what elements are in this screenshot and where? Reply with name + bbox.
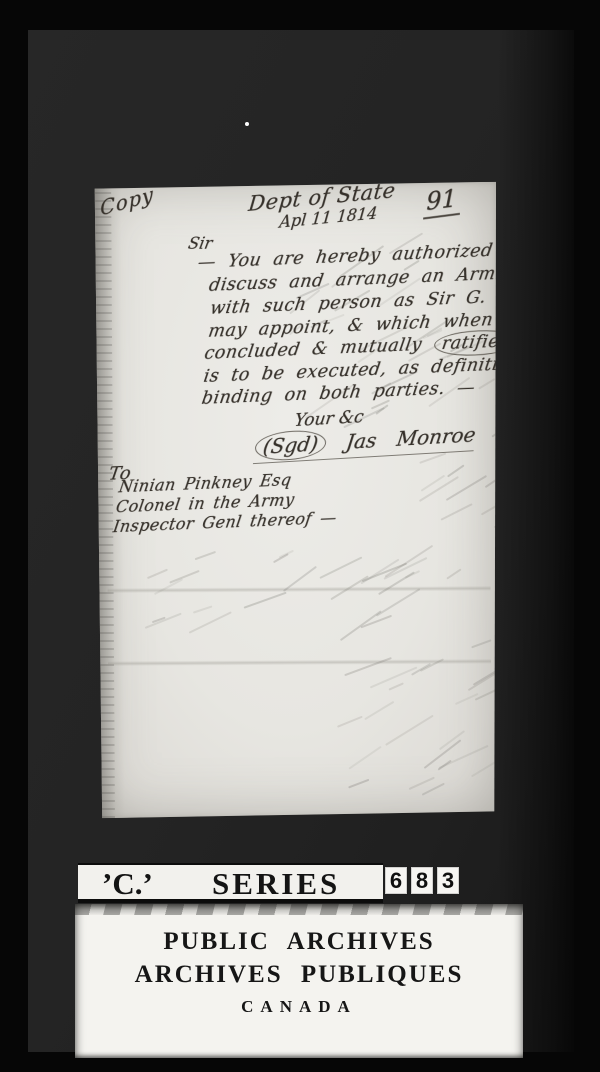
- bleed-stroke: [421, 783, 444, 796]
- bleed-stroke: [243, 592, 286, 609]
- bleed-stroke: [471, 639, 491, 648]
- series-label-strip: ’C.’ SERIES: [78, 863, 383, 903]
- salutation: Sir: [187, 233, 214, 252]
- dust-speck: [245, 122, 249, 126]
- bleed-stroke: [441, 503, 473, 520]
- bleed-stroke: [446, 568, 461, 579]
- series-word: SERIES: [212, 866, 340, 902]
- bleed-stroke: [349, 746, 382, 770]
- reel-digit-tile: 6: [384, 866, 408, 895]
- sgd-mark: (Sgd): [253, 429, 328, 462]
- archives-card-line-fr: ARCHIVES PUBLIQUES: [75, 961, 523, 989]
- bleed-stroke: [319, 557, 362, 579]
- bleed-stroke: [279, 550, 294, 559]
- bleed-stroke: [438, 745, 488, 769]
- bleed-stroke: [193, 605, 212, 613]
- bleed-stroke: [169, 570, 200, 584]
- bleed-stroke: [364, 701, 394, 720]
- signature-name: Jas Monroe: [345, 422, 477, 454]
- closing: Your &c: [293, 407, 365, 431]
- document-page: Copy Dept of State Apl 11 1814 91 Sir — …: [93, 182, 500, 818]
- series-letter: ’C.’: [102, 866, 153, 902]
- bleed-stroke: [447, 465, 464, 478]
- reel-digit-tile: 8: [410, 866, 434, 895]
- bleed-stroke: [370, 666, 418, 688]
- bleed-stroke: [420, 475, 445, 492]
- bleed-stroke: [145, 612, 182, 628]
- folio-number: 91: [423, 184, 460, 220]
- bleed-stroke: [348, 778, 369, 788]
- bleed-stroke: [478, 378, 495, 390]
- card-grime: [75, 904, 523, 915]
- bleed-stroke: [389, 682, 405, 690]
- bleed-stroke: [385, 715, 434, 746]
- archives-card: PUBLIC ARCHIVES ARCHIVES PUBLIQUES CANAD…: [75, 904, 523, 1058]
- bleed-stroke: [337, 715, 363, 727]
- bleed-stroke: [189, 611, 232, 633]
- bleed-stroke: [408, 776, 435, 790]
- archives-card-line-en: PUBLIC ARCHIVES: [75, 928, 523, 956]
- reel-digit-tile: 3: [436, 866, 460, 895]
- signature: (Sgd) Jas Monroe: [253, 422, 477, 464]
- archives-card-country: CANADA: [75, 997, 523, 1017]
- reel-number: 6 8 3: [384, 866, 460, 895]
- bleed-stroke: [194, 551, 216, 560]
- bleed-stroke: [147, 569, 168, 579]
- microfilm-scan: Copy Dept of State Apl 11 1814 91 Sir — …: [0, 0, 600, 1072]
